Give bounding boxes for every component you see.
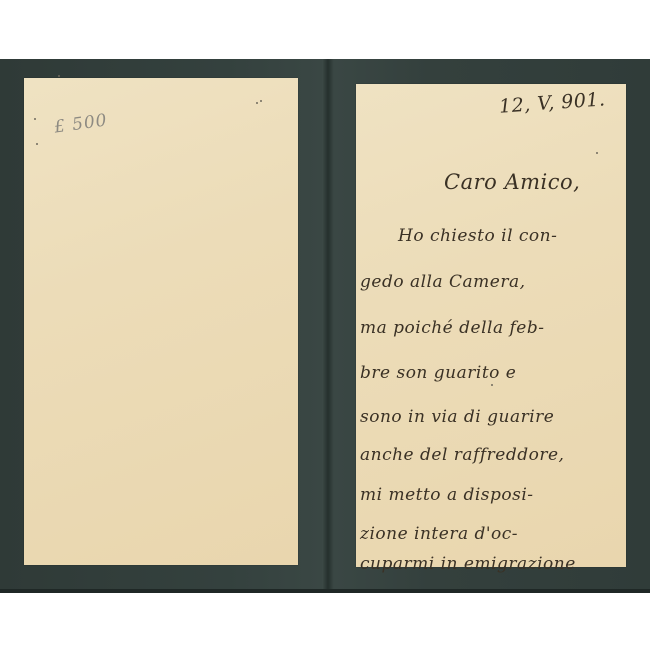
paper-speck (58, 75, 60, 77)
paper-speck (36, 143, 38, 145)
paper-speck (491, 384, 493, 386)
right-page: 12, V, 901. Caro Amico, Ho chiesto il co… (356, 84, 626, 567)
paper-speck (596, 152, 598, 154)
letter-salutation: Caro Amico, (444, 170, 580, 194)
letter-line-5: sono in via di guarire (360, 407, 554, 427)
mount-board: £ 500 12, V, 901. Caro Amico, Ho chiesto… (0, 59, 650, 593)
left-page: £ 500 (24, 78, 298, 565)
letter-line-3: ma poiché della feb- (360, 318, 544, 338)
center-fold (322, 59, 334, 593)
paper-speck (256, 102, 258, 104)
letter-line-8: zione intera d'oc- (360, 524, 518, 544)
letter-date: 12, V, 901. (499, 88, 607, 117)
letter-line-7: mi metto a disposi- (360, 485, 534, 505)
paper-speck (260, 100, 262, 102)
pencil-annotation: £ 500 (53, 110, 109, 137)
letter-line-4: bre son guarito e (360, 363, 516, 383)
letter-line-2: gedo alla Camera, (360, 272, 526, 292)
mount-bottom-edge (0, 589, 650, 593)
letter-line-9: cuparmi in emigrazione (360, 554, 576, 574)
letter-line-6: anche del raffreddore, (360, 445, 564, 465)
letter-line-1: Ho chiesto il con- (398, 226, 557, 246)
paper-speck (34, 118, 36, 120)
